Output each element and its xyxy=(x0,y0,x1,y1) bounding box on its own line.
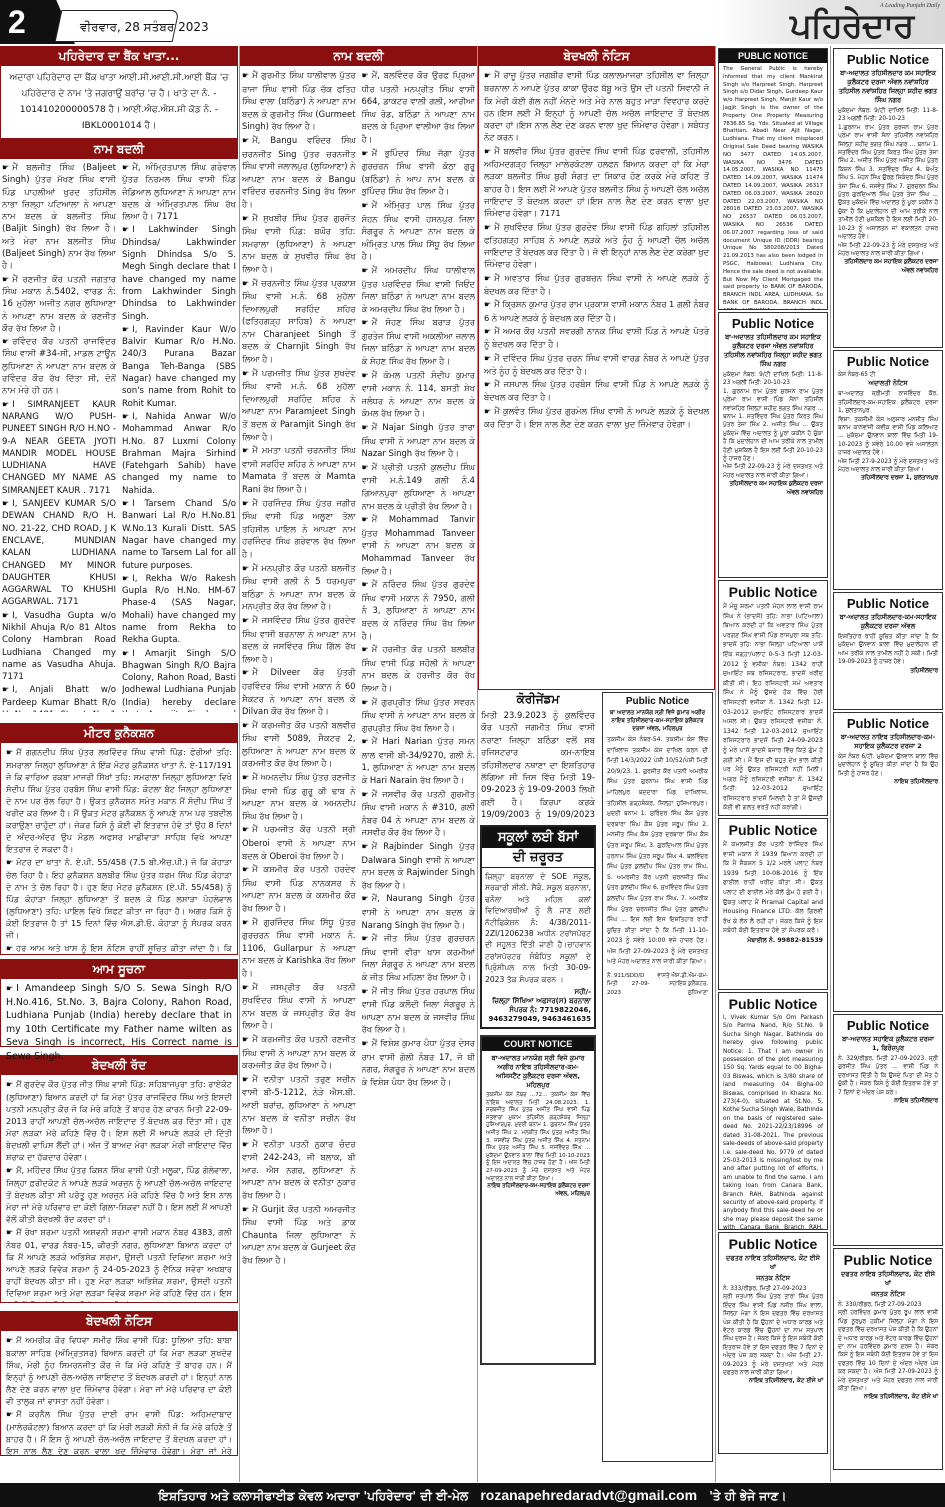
classified-item: ☛ਮੈਂ ਰਣਜੀਤ ਕੌਰ ਪਤਨੀ ਜਗਤਾਰ ਸਿੰਘ ਮਕਾਨ ਨੰ.5… xyxy=(2,274,116,335)
classified-item: ☛I Amarjit Singh S/O Bhagwan Singh R/O B… xyxy=(122,648,236,712)
public-notice-vivek-kumar: Public Notice I, Vivek Kumar S/o Om Park… xyxy=(718,992,828,1230)
pointing-hand-icon: ☛ xyxy=(2,611,9,620)
pointing-hand-icon: ☛ xyxy=(242,918,249,927)
classified-item: ☛ਮੈਂ ਬਲਵੀਰ ਸਿੰਘ ਪੁੱਤਰ ਗੁਰਦੇਵ ਸਿੰਘ ਵਾਸੀ ਪ… xyxy=(484,145,709,220)
notice-sign: ਤਹਿਸੀਲਦਾਰ ਦਰਜਾ 1, ਸੁਲਤਾਨਪੁਰ xyxy=(838,474,938,482)
pointing-hand-icon: ☛ xyxy=(242,1205,249,1214)
classified-item: ☛ਮੈਂ ਵਨੀਤਾ ਪਤਨੀ ਤਰੁਣ ਸਚੀਨ ਵਾਸੀ ਬੀ-5-1212… xyxy=(242,1073,356,1137)
public-notice-kot-ise-khan-2: Public Notice ਦਫਤਰ ਨਾਇਬ ਤਹਿਸੀਲਦਾਰ, ਕੋਟ ਈ… xyxy=(833,1248,943,1470)
classified-item: ☛ਮੈਂ, ਮਹਿੰਦਰ ਸਿੰਘ ਪੁੱਤਰ ਕਿਸ਼ਨ ਸਿੰਘ ਵਾਸੀ … xyxy=(6,1164,232,1225)
notice-body: ਸ੍ਰੀ ਸਤਪਾਲ ਸਿੰਘ ਪੁੱਤਰ ਤਾਰਾ ਸਿੰਘ ਪੁੱਤਰ ਇੰ… xyxy=(723,1293,823,1377)
pointing-hand-icon: ☛ xyxy=(242,564,249,573)
notice-body: 1.ਗੁਰਨਾਮ ਰਾਮ ਪੁੱਤਰ ਸੁਰਜਨ ਰਾਮ ਪੁੱਤਰ ਪ੍ਰੇਮ… xyxy=(838,124,938,242)
classified-item: ☛ਮੈਂ, ਅੰਮ੍ਰਿਤਪਾਲ ਸਿੰਘ ਗਰੇਵਾਲ ਪੁੱਤਰ ਨਿਰਮਲ… xyxy=(122,162,236,223)
public-notice-nawanshahr: Public Notice ਬਾ-ਅਦਾਲਤ ਤਹਿਸੀਲਦਾਰ ਕਮ ਸਹਾਇ… xyxy=(718,312,828,578)
classified-item: ☛ਮੈਂ Rajbinder Singh ਪੁੱਤਰ Dalwara Singh… xyxy=(362,840,476,891)
public-notice-date: ਮਿਤੀ 27-09-2023 xyxy=(607,980,650,997)
court-notice-body: ਤਕਸੀਮ ਕੇਸ ਨੰਬਰ ...72... ਤਕਸੀਮ ਕੇਸ ਵਿੱਚ ਨ… xyxy=(486,1092,590,1183)
pointing-hand-icon: ☛ xyxy=(122,163,129,172)
pointing-hand-icon: ☛ xyxy=(6,1166,13,1175)
notice-body: ਨੰ. 329/ਰੀਡਰ, ਮਿਤੀ 27-09-2023. ਸ੍ਰੀ ਗੁਰਜ… xyxy=(838,1055,938,1097)
pointing-hand-icon: ☛ xyxy=(362,698,369,707)
school-bus-ad: ਸਕੂਲਾਂ ਲਈ ਬੱਸਾਂ ਦੀ ਜ਼ਰੂਰਤ ਜ਼ਿਲ੍ਹਾ ਬਰਨਾਲਾ… xyxy=(480,825,596,1029)
eviction-notice-banner: ਬੇਦਖਲੀ ਨੋਟਿਸ xyxy=(478,46,715,66)
name-change-right-column: ☛ਮੈਂ, ਬਲਵਿੰਦਰ ਕੌਰ ਉਰਫ ਪ੍ਰਿਆ ਧੀਰ ਪਤਨੀ ਮਨਪ… xyxy=(362,69,476,1479)
classified-item: ☛ਮੈਂ Dilveer ਕੌਰ ਪੁੱਤਰੀ ਹਰਵਿੰਦਰ ਸਿੰਘ ਵਾਸ… xyxy=(242,666,356,717)
pointing-hand-icon: ☛ xyxy=(362,580,369,589)
classified-item: ☛ਮੈਂ ਅੰਮ੍ਰਿਤ ਪਾਲ ਸਿੰਘ ਪੁੱਤਰ ਸੋਹਨ ਸਿੰਘ ਵਾ… xyxy=(362,199,476,263)
classified-item: ☛I, Rekha W/o Rakesh Gupla R/o H.No. HM-… xyxy=(122,573,236,647)
pointing-hand-icon: ☛ xyxy=(484,300,491,309)
lower-row: ਕੋਰੀਜੇਂਡਮ ਮਿਤੀ 23.9.2023 ਨੂੰ ਕੁਲਵਿੰਦਰ ਕੌ… xyxy=(478,690,715,1464)
classified-item: ☛I, Anjali Bhatt w/o Pardeep Kumar Bhatt… xyxy=(2,684,116,712)
issue-date: ਵੀਰਵਾਰ, 28 ਸਤੰਬਰ 2023 xyxy=(80,20,209,35)
classified-item: ☛ਮੈਂ ਅਮਨਦੀਪ ਸਿੰਘ ਪੁੱਤਰ ਰਣਜੀਤ ਸਿੰਘ ਵਾਸੀ ਪ… xyxy=(242,771,356,822)
name-change-section: ☛ਮੈਂ ਗੁਰਮੀਤ ਸਿੰਘ ਧਾਲੀਵਾਲ ਪੁੱਤਰ ਰਾਜਾ ਸਿੰਘ… xyxy=(240,66,477,1482)
pointing-hand-icon: ☛ xyxy=(122,325,129,334)
pointing-hand-icon: ☛ xyxy=(484,147,491,156)
pointing-hand-icon: ☛ xyxy=(122,412,129,421)
public-notice-3: Public Notice ਬਾ-ਅਦਾਲਤ ਤਹਿਸੀਲਦਾਰ-ਕਮ-ਸਹਾਇ… xyxy=(833,592,943,710)
pointing-hand-icon: ☛ xyxy=(362,1039,369,1048)
page-header: 2 ਵੀਰਵਾਰ, 28 ਸਤੰਬਰ 2023 ਪਹਿਰੇਦਾਰ A Leadi… xyxy=(0,0,945,44)
public-notice-title: Public Notice xyxy=(607,696,708,707)
meter-connection-banner: ਮੀਟਰ ਕੁਨੈਕਸ਼ਨ xyxy=(0,723,238,743)
court-notice-title: COURT NOTICE xyxy=(482,1037,594,1051)
notice-heading: ਬਾ-ਅਦਾਲਤ ਤਹਿਸੀਲਦਾਰ ਕਮ ਸਹਾਇਕ ਕੁਲੈਕਟਰ ਦਰਜਾ… xyxy=(838,69,938,105)
pointing-hand-icon: ☛ xyxy=(484,223,491,232)
general-info-banner: ਆਮ ਸੂਚਨਾ xyxy=(0,959,238,979)
notice-sign: ਨਾਇਬ ਤਹਿਸੀਲਦਾਰ xyxy=(838,778,938,786)
pointing-hand-icon: ☛ xyxy=(6,1228,13,1237)
classified-item: ☛ਮੈਂ ਜਸਪ੍ਰੀਤ ਕੌਰ ਪਤਨੀ ਸੁਖਵਿੰਦਰ ਸਿੰਘ ਵਾਸੀ… xyxy=(242,981,356,1032)
notice-sign: ਤਹਿਸੀਲਦਾਰ ਕਮ ਸਹਾਇਕ ਕੁਲੈਕਟਰ ਦਰਜਾ ਅੱਵਲ ਨਵਾ… xyxy=(838,258,938,275)
pointing-hand-icon: ☛ xyxy=(484,274,491,283)
classified-item: ☛ਮੈਂ ਕ੍ਰਿਸ਼ਨ ਕੁਮਾਰ ਪੁੱਤਰ ਰਾਮ ਪ੍ਰਕਾਸ਼ ਵਾਸ… xyxy=(484,298,709,324)
footer-email-link[interactable]: rozanapehredaradvt@gmail.com xyxy=(480,1487,697,1503)
notice-body: ਮੈਂ ਕਮਲਜੀਤ ਕੌਰ ਪਤਨੀ ਰਾਜਿੰਦਰ ਸਿੰਘ ਵਾਸੀ ਮਕ… xyxy=(723,840,823,936)
public-notice-ferozepur: Public Notice ਬਾ-ਅਦਾਲਤ ਸਹਾਇਕ ਕੁਲੈਕਟਰ ਦਰਜ… xyxy=(833,1014,943,1246)
notice-subheading: ਜਨਤਕ ਨੋਟਿਸ xyxy=(838,1290,938,1299)
pointing-hand-icon: ☛ xyxy=(2,685,9,694)
classified-item: ☛ਮੈਂ ਗੁਰਪ੍ਰੀਤ ਸਿੰਘ ਪੁੱਤਰ ਸਵਰਨ ਸਿੰਘ ਵਾਸੀ … xyxy=(362,696,476,735)
pointing-hand-icon: ☛ xyxy=(2,499,9,508)
masthead-logo: ਪਹਿਰੇਦਾਰ xyxy=(790,6,913,46)
pointing-hand-icon: ☛ xyxy=(362,842,369,851)
pointing-hand-icon: ☛ xyxy=(242,499,249,508)
classified-item: ☛ਮੈਂ ਰਾਜੂ ਪੁੱਤਰ ਜਗਬੀਰ ਵਾਸੀ ਪਿੰਡ ਕਲਾਲਮਾਜਰ… xyxy=(484,69,709,144)
pointing-hand-icon: ☛ xyxy=(362,423,369,432)
pointing-hand-icon: ☛ xyxy=(6,748,13,757)
pointing-hand-icon: ☛ xyxy=(6,984,13,993)
classified-item: ☛I, SANJEEV KUMAR S/O DEWAN CHAND R/O H.… xyxy=(2,498,116,609)
pointing-hand-icon: ☛ xyxy=(362,894,369,903)
eviction-notice-banner: ਬੇਦਖਲੀ ਨੋਟਿਸ xyxy=(0,1311,238,1331)
pointing-hand-icon: ☛ xyxy=(122,649,129,658)
classified-item: ☛ਮੈਂ ਵਨੀਤਾ ਪਤਨੀ ਨੁਕਾਰ ਚੰਦਰ ਵਾਸੀ 242-243,… xyxy=(242,1138,356,1202)
pointing-hand-icon: ☛ xyxy=(362,987,369,996)
classified-item: ☛ਮੈਂ ਰੇਖਾ ਸ਼ਰਮਾ ਪਤਨੀ ਅਸ਼ਵਨੀ ਸ਼ਰਮਾ ਵਾਸੀ ਮ… xyxy=(6,1226,232,1303)
notice-title: Public Notice xyxy=(838,716,938,731)
classified-item: ☛ਮੈਂ ਮਨਪ੍ਰੀਤ ਕੌਰ ਪਤਨੀ ਬਲਜੀਤ ਸਿੰਘ ਵਾਸੀ ਗਲ… xyxy=(242,562,356,613)
pointing-hand-icon: ☛ xyxy=(242,369,249,378)
pointing-hand-icon: ☛ xyxy=(242,446,249,455)
name-change-banner: ਨਾਮ ਬਦਲੀ xyxy=(240,46,477,66)
pointing-hand-icon: ☛ xyxy=(6,858,13,867)
notice-body: I, Vivek Kumar S/o Om Parkash S/o Parma … xyxy=(723,1014,823,1230)
pointing-hand-icon: ☛ xyxy=(362,266,369,275)
pointing-hand-icon: ☛ xyxy=(362,318,369,327)
notice-subheading: ਅਦਾਲਤੀ ਨੋਟਿਸ xyxy=(838,379,938,388)
notice-ref: ਨੰ. 330/ਰੀਡਰ, ਮਿਤੀ 27-09-2023 xyxy=(838,1301,938,1309)
footer-text: ਇਸ਼ਤਿਹਾਰ ਅਤੇ ਕਲਾਸੀਫਾਈਡ ਕੇਵਲ ਅਦਾਰਾ 'ਪਹਿਰੇ… xyxy=(159,1489,469,1503)
notice-body: 1. ਗੁਰਨਾਮ ਰਾਮ ਪੁੱਤਰ ਸੁਰਜਨ ਰਾਮ ਪੁੱਤਰ ਪ੍ਰੇ… xyxy=(723,388,823,464)
classified-item: ☛ਮੈਂ ਪਰਮਜੀਤ ਸਿੰਘ ਪੁੱਤਰ ਸੁਖਦੇਵ ਸਿੰਘ ਵਾਸੀ … xyxy=(242,367,356,444)
pointing-hand-icon: ☛ xyxy=(362,149,369,158)
classified-item: ☛ਮੈਂ ਕੋਮਲ ਪਤਨੀ ਸੰਦੀਪ ਕੁਮਾਰ ਵਾਸੀ ਮਕਾਨ ਨੰ.… xyxy=(362,369,476,420)
classified-item: ☛I, Vasudha Gupta w/o Nikhil Ahuja R/o 8… xyxy=(2,610,116,684)
classified-item: ☛ਮੈਂ Mohammad Tanvir ਪੁੱਤਰ Mohammad Tanv… xyxy=(362,513,476,577)
pointing-hand-icon: ☛ xyxy=(484,354,491,363)
classified-item: ☛ਮੈਂ, Bangu ਵਰਿੰਦਰ ਸਿੰਘ ਚਰਨਜੀਤ Sing ਪੁੱਤ… xyxy=(242,134,356,211)
eviction-notice-section: ☛ਮੈਂ ਰਾਜੂ ਪੁੱਤਰ ਜਗਬੀਰ ਵਾਸੀ ਪਿੰਡ ਕਲਾਲਮਾਜਰ… xyxy=(478,66,715,690)
classified-item: ☛ਮੈਂ ਪਰਮਜੀਤ ਕੌਰ ਪਤਨੀ ਸ਼੍ਰੀ Oberoi ਵਾਸੀ ਨ… xyxy=(242,823,356,862)
public-notice-footer: ਨੰ. 911/SDD/Dਮਿਤੀ 27-09-2023 ਵਾਸਤੇ ਐਸ.ਡੀ… xyxy=(607,972,708,997)
classified-item: ☛ਰਵਿੰਦਰ ਕੌਰ ਪਤਨੀ ਰਾਜਵਿੰਦਰ ਸਿੰਘ ਵਾਸੀ #34-… xyxy=(2,336,116,397)
notice-heading: ਬਾ-ਅਦਾਲਤ ਨਾਇਬ ਤਹਿਸੀਲਦਾਰ-ਕਮ-ਸਹਾਇਕ ਕੁਲੈਕਟਰ… xyxy=(838,733,938,751)
classified-item: ☛ਮੈਂ, Naurang Singh ਪੁੱਤਰ ਵਾਸੀ ਨੇ ਆਪਣਾ ਨ… xyxy=(362,892,476,931)
classified-item: ☛I Lakhwinder Singh Dhindsa/ Lakhwinder … xyxy=(122,224,236,322)
classified-item: ☛ਮੈਂ ਹਰਜਿੰਦਰ ਸਿੰਘ ਪੁੱਤਰ ਜਗੀਰ ਸਿੰਘ ਵਾਸੀ ਪ… xyxy=(242,497,356,561)
column-3: ਬੇਦਖਲੀ ਨੋਟਿਸ ☛ਮੈਂ ਰਾਜੂ ਪੁੱਤਰ ਜਗਬੀਰ ਵਾਸੀ … xyxy=(478,46,715,1482)
pointing-hand-icon: ☛ xyxy=(362,737,369,746)
classified-item: ☛ਮੈਂ ਗੁਰਮੀਤ ਸਿੰਘ ਧਾਲੀਵਾਲ ਪੁੱਤਰ ਰਾਜਾ ਸਿੰਘ… xyxy=(242,69,356,133)
notice-sign: ਨਾਇਬ ਤਹਿਸੀਲਦਾਰ xyxy=(838,1097,938,1105)
classified-item: ☛ਮੈਂ Gurjit ਕੌਰ ਪਤਨੀ ਅਮਰਜੀਤ ਸਿੰਘ ਵਾਸੀ ਪਿ… xyxy=(242,1203,356,1267)
classified-item: ☛ਮੈਂ ਭੁਪਿੰਦਰ ਸਿੰਘ ਜੱਗਾ ਪੁੱਤਰ ਗੁਰਚਰਨ ਸਿੰਘ… xyxy=(362,147,476,198)
corrigendum-title: ਕੋਰੀਜੇਂਡਮ xyxy=(478,690,598,709)
notice-heading: ਬਾ-ਅਦਾਲਤ ਸ੍ਰੀਮਤੀ ਰਾਜਵਿੰਦਰ ਕੌਰ, ਤਹਿਸੀਲਦਾਰ… xyxy=(838,390,938,415)
classified-item: ☛ਮੈਂ ਚਰਨਜੀਤ ਸਿੰਘ ਪੁੱਤਰ ਪ੍ਰਕਾਸ਼ ਸਿੰਘ ਵਾਸੀ… xyxy=(242,277,356,366)
pointing-hand-icon: ☛ xyxy=(6,1080,13,1089)
notice-title: Public Notice xyxy=(838,596,938,611)
notice-title: Public Notice xyxy=(723,584,823,600)
classified-item: ☛ਮੈਂ ਬਲਜੀਤ ਸਿੰਘ (Baljeet Singh) ਪੁੱਤਰ ਮੱ… xyxy=(2,162,116,273)
pointing-hand-icon: ☛ xyxy=(242,668,249,677)
public-notice-body: ਤਕਸੀਮ ਕੇਸ ਨੰਬਰ-54. ਤਕਸੀਮ ਕੇਸ ਵਿੱਚ ਦਾਖਿਲਾ… xyxy=(607,735,708,968)
notice-body: ਕੇਸ ਨੰਬਰ 6/ਟੀ. ਮੁਕੱਦਮਾ ਉਨਵਾਨ ਬਾਲਾ ਵਿੱਚ ਮ… xyxy=(838,753,938,778)
public-notice-nawanshahr-court: Public Notice ਬਾ-ਅਦਾਲਤ ਤਹਿਸੀਲਦਾਰ ਕਮ ਸਹਾਇ… xyxy=(833,48,943,348)
notice-sign: ਨਾਇਬ ਤਹਿਸੀਲਦਾਰ, ਕੋਟ ਈਸੇ ਖਾਂ xyxy=(723,1377,823,1385)
pointing-hand-icon: ☛ xyxy=(2,337,9,346)
classified-item: ☛ਮੈਂ ਗਗਨਦੀਪ ਸਿੰਘ ਪੁੱਤਰ ਲਖਵਿੰਦਰ ਸਿੰਘ ਵਾਸੀ… xyxy=(6,746,232,855)
notice-meta: ਮੁਕੱਦਮਾ ਨੰਬਰ: 9/ਟੀ ਦਾਖਿਲ ਮਿਤੀ: 11-8-23 ਅ… xyxy=(838,107,938,124)
classified-item: ☛ਮੈਂ ਵਿਸ਼ੇਸ਼ ਕੁਮਾਰ ਪੰਧਾ ਪੁੱਤਰ ਦੇਸਰ ਰਾਮ ਵ… xyxy=(362,1037,476,1088)
classified-item: ☛ਮੈਂ ਅਵਤਾਰ ਸਿੰਘ ਪੁੱਤਰ ਗੁਰਬਚਨ ਸਿੰਘ ਵਾਸੀ ਨ… xyxy=(484,272,709,298)
notice-title: Public Notice xyxy=(723,996,823,1012)
public-notice-ref: ਨੰ. 911/SDD/D xyxy=(607,972,650,980)
public-notice-piramal: Public Notice ਮੈਂ ਕਮਲਜੀਤ ਕੌਰ ਪਤਨੀ ਰਾਜਿੰਦ… xyxy=(718,818,828,990)
name-change-left-column: ☛ਮੈਂ ਗੁਰਮੀਤ ਸਿੰਘ ਧਾਲੀਵਾਲ ਪੁੱਤਰ ਰਾਜਾ ਸਿੰਘ… xyxy=(242,69,356,1479)
name-change-section: ☛ਮੈਂ ਬਲਜੀਤ ਸਿੰਘ (Baljeet Singh) ਪੁੱਤਰ ਮੱ… xyxy=(0,159,238,715)
notice-heading: ਬਾ-ਅਦਾਲਤ ਸਹਾਇਕ ਕੁਲੈਕਟਰ ਦਰਜਾ 1, ਫਿਰੋਜ਼ਪੁਰ xyxy=(838,1035,938,1053)
classified-item: ☛ਮੈਂ ਸੁਖਵਿੰਦਰ ਸਿੰਘ ਪੁੱਤਰ ਗੁਰਦੇਵ ਸਿੰਘ ਵਾਸ… xyxy=(484,221,709,271)
footer-suffix: 'ਤੇ ਹੀ ਭੇਜੇ ਜਾਣ। xyxy=(709,1489,786,1503)
public-notice-heading: ਬਾ ਅਦਾਲਤ ਮਾਨਯੋਗ ਸ੍ਰੀ ਵਿਜੇ ਕੁਮਾਰ ਅਗੀਰ ਨਾਇ… xyxy=(607,709,708,733)
classified-item: ☛ਮੈਂ ਦਵਿੰਦਰ ਸਿੰਘ ਪੁੱਤਰ ਚਰਨ ਸਿੰਘ ਵਾਸੀ ਵਾਰ… xyxy=(484,352,709,378)
notice-ref: ਨੰ. 333/ਰੀਡਰ, ਮਿਤੀ 27-09-2023 xyxy=(723,1285,823,1293)
notice-title: Public Notice xyxy=(838,354,938,369)
notice-body: ਵਿਸ਼ਾ: ਤਕਸੀਮੀ ਕੇਸ ਅਨੁਸਾਰ ਮਨਜੀਤ ਸਿੰਘ ਬਨਾਮ… xyxy=(838,416,938,458)
classified-item: ☛ਮੈਂ ਹਰਜੀਤ ਕੌਰ ਪਤਨੀ ਬਲਬੀਰ ਸਿੰਘ ਵਾਸੀ ਪਿੰਡ… xyxy=(362,643,476,694)
eviction-notice-section: ☛ਮੈਂ ਅਮਰੀਕ ਕੌਰ ਵਿਧਵਾ ਸਮੀਰ ਸਿੰਘ ਵਾਸੀ ਪਿੰਡ… xyxy=(0,1331,238,1456)
classified-item: ☛I SIMRANJEET KAUR NARANG W/O PUSH-PUNEE… xyxy=(2,399,116,497)
notice-title: Public Notice xyxy=(838,52,938,67)
pointing-hand-icon: ☛ xyxy=(362,201,369,210)
pointing-hand-icon: ☛ xyxy=(362,515,369,524)
classified-item: ☛ਹਰ ਆਮ ਅਤੇ ਖਾਸ ਨੂੰ ਇਸ ਨੋਟਿਸ ਰਾਹੀਂ ਸੂਚਿਤ … xyxy=(6,942,232,955)
notice-heading: ਦਫਤਰ ਨਾਇਬ ਤਹਿਸੀਲਦਾਰ, ਕੋਟ ਈਸੇ ਖਾਂ xyxy=(723,1254,823,1272)
general-info-section: ☛I Amandeep Singh S/O S. Sewa Singh R/O … xyxy=(0,979,238,1047)
column-5: Public Notice ਬਾ-ਅਦਾਲਤ ਤਹਿਸੀਲਦਾਰ ਕਮ ਸਹਾਇ… xyxy=(831,46,945,1482)
pointing-hand-icon: ☛ xyxy=(242,983,249,992)
pointing-hand-icon: ☛ xyxy=(242,1035,249,1044)
notice-heading: ਦਫਤਰ ਨਾਇਬ ਤਹਿਸੀਲਦਾਰ, ਕੋਟ ਈਸੇ ਖਾਂ xyxy=(838,1270,938,1288)
pointing-hand-icon: ☛ xyxy=(362,645,369,654)
classified-item: ☛ਮੈਂ ਸੁਖਬੀਰ ਸਿੰਘ ਪੁੱਤਰ ਗੁਰਜੋਤ ਸਿੰਘ ਵਾਸੀ … xyxy=(242,212,356,276)
court-notice-heading: ਬਾ-ਅਦਾਲਤ ਮਾਨਯੋਗ ਸ੍ਰੀ ਵਿਜੇ ਕੁਮਾਰ ਅਗੀਰ ਨਾਇ… xyxy=(486,1054,590,1090)
name-change-banner: ਨਾਮ ਬਦਲੀ xyxy=(0,139,238,159)
pointing-hand-icon: ☛ xyxy=(242,721,249,730)
column-2: ਨਾਮ ਬਦਲੀ ☛ਮੈਂ ਗੁਰਮੀਤ ਸਿੰਘ ਧਾਲੀਵਾਲ ਪੁੱਤਰ … xyxy=(240,46,477,1482)
classified-item: ☛I, Nahida Anwar W/o Mohammad Anwar R/o … xyxy=(122,411,236,497)
pointing-hand-icon: ☛ xyxy=(484,71,491,80)
pointing-hand-icon: ☛ xyxy=(484,380,491,389)
notice-title: Public Notice xyxy=(838,1018,938,1033)
classified-item: ☛I Tarsem Chand S/o Banwari Lal R/o H.No… xyxy=(122,498,236,572)
column-1: ਪਹਿਰੇਦਾਰ ਦਾ ਬੈਂਕ ਖਾਤਾ... ਅਦਾਰਾ ਪਹਿਰੇਦਾਰ … xyxy=(0,46,238,1482)
pointing-hand-icon: ☛ xyxy=(362,790,369,799)
notice-subheading: ਜਨਤਕ ਨੋਟਿਸ xyxy=(723,1274,823,1283)
bank-account-banner: ਪਹਿਰੇਦਾਰ ਦਾ ਬੈਂਕ ਖਾਤਾ... xyxy=(0,46,238,66)
classified-item: ☛ਮੈਂ ਗੁਰਦੇਵ ਕੌਰ ਪੁੱਤਰ ਜੀਤ ਸਿੰਘ ਵਾਸੀ ਪਿੰਡ… xyxy=(6,1078,232,1163)
pointing-hand-icon: ☛ xyxy=(362,71,369,80)
pointing-hand-icon: ☛ xyxy=(242,214,249,223)
classified-item: ☛ਮੈਂ ਕਰਨੈਲ ਸਿੰਘ ਪੁੱਤਰ ਦਾਈ ਰਾਮ ਵਾਸੀ ਪਿੰਡ:… xyxy=(6,1408,232,1456)
classified-item: ☛ਮੈਂ ਕਰਮਜੀਤ ਕੌਰ ਪਤਨੀ ਬਲਵੀਰ ਸਿੰਘ ਵਾਸੀ 508… xyxy=(242,719,356,770)
notice-title: Public Notice xyxy=(838,1252,938,1268)
footer-strip: ਇਸ਼ਤਿਹਾਰ ਅਤੇ ਕਲਾਸੀਫਾਈਡ ਕੇਵਲ ਅਦਾਰਾ 'ਪਹਿਰੇ… xyxy=(0,1483,945,1507)
pointing-hand-icon: ☛ xyxy=(484,327,491,336)
notice-title: Public Notice xyxy=(723,316,823,331)
bus-ad-phones: ਸੰਪਰਕ ਨੰ: 7719822046, 9463279049, 946346… xyxy=(482,1006,594,1027)
name-change-left-column: ☛ਮੈਂ ਬਲਜੀਤ ਸਿੰਘ (Baljeet Singh) ਪੁੱਤਰ ਮੱ… xyxy=(2,162,116,712)
notice-heading: ਬਾ-ਅਦਾਲਤ ਤਹਿਸੀਲਦਾਰ ਕਮ ਸਹਾਇਕ ਕੁਲੈਕਟਰ ਦਰਜਾ… xyxy=(723,333,823,369)
pointing-hand-icon: ☛ xyxy=(122,225,129,234)
pointing-hand-icon: ☛ xyxy=(122,499,129,508)
classified-item: ☛ਮੈਂ ਕਸ਼ਮੀਰ ਕੌਰ ਪਤਨੀ ਹਰਦੇਵ ਸਿੰਘ ਵਾਸੀ ਪਿੰ… xyxy=(242,863,356,914)
classified-item: ☛ਮੈਂ ਅਮਰਦੀਪ ਸਿੰਘ ਧਾਲੀਵਾਲ ਪੁੱਤਰ ਪਰਵਿੰਦਰ ਸ… xyxy=(362,264,476,315)
pointing-hand-icon: ☛ xyxy=(2,400,9,409)
pointing-hand-icon: ☛ xyxy=(2,163,9,172)
bus-ad-office: ਜ਼ਿਲ੍ਹਾ ਸਿੱਖਿਆ ਅਫਸਰ(ਸ) ਬਰਨਾਲਾ xyxy=(482,997,594,1006)
notice-body: ਇਸ਼ਤਿਹਾਰ ਰਾਹੀਂ ਸੂਚਿਤ ਕੀਤਾ ਜਾਂਦਾ ਹੈ ਕਿ ਮੁ… xyxy=(838,633,938,667)
classified-item: ☛I Amandeep Singh S/O S. Sewa Singh R/O … xyxy=(6,982,232,1063)
bus-ad-body: ਜ਼ਿਲ੍ਹਾ ਬਰਨਾਲਾ ਦੇ SOE ਸਕੂਲ, ਸਰਕਾਰੀ ਸੀਨੀ.… xyxy=(482,868,594,988)
pointing-hand-icon: ☛ xyxy=(242,1140,249,1149)
pointing-hand-icon: ☛ xyxy=(362,934,369,943)
pointing-hand-icon: ☛ xyxy=(484,407,491,416)
notice-body: ਮੈਂ ਮੰਜੂ ਸ਼ਰਮਾ ਪਤਨੀ ਮੋਹਨ ਲਾਲ ਵਾਸੀ ਰਾਮ ਸਿ… xyxy=(723,602,823,813)
public-notice-manju-sharma: Public Notice ਮੈਂ ਮੰਜੂ ਸ਼ਰਮਾ ਪਤਨੀ ਮੋਹਨ ਲ… xyxy=(718,580,828,816)
pointing-hand-icon: ☛ xyxy=(122,574,129,583)
bank-account-text: ਅਦਾਰਾ ਪਹਿਰੇਦਾਰ ਦਾ ਬੈਂਕ ਖਾਤਾ ਆਈ.ਸੀ.ਆਈ.ਸੀ.… xyxy=(0,66,238,139)
classified-item: ☛I, Ravinder Kaur W/o Balvir Kumar R/o H… xyxy=(122,324,236,410)
classified-item: ☛ਮੈਂ ਗੁਰਜਿੰਦਰ ਸਿੰਘ ਸਿੱਧੂ ਪੁੱਤਰ ਗੁਰਚਰਨ ਸਿ… xyxy=(242,916,356,980)
notice-sign: ਤਹਿਸੀਲਦਾਰ ਕਮ ਸਹਾਇਕ ਕੁਲੈਕਟਰ ਦਰਜਾ ਅੱਵਲ ਨਵਾ… xyxy=(723,480,823,497)
corrigendum-text: ਮਿਤੀ 23.9.2023 ਨੂੰ ਕੁਲਵਿੰਦਰ ਕੌਰ ਪਤਨੀ ਜਗਮ… xyxy=(478,709,598,819)
classified-item: ☛ਮੈਂ Hari Narian ਪੁੱਤਰ ਸਮਨ ਲਾਲ ਵਾਸੀ ਬੀ-3… xyxy=(362,735,476,786)
notice-title: Public Notice xyxy=(723,1236,823,1252)
classified-item: ☛ਮੈਂ ਅਮਰੀਕ ਕੌਰ ਵਿਧਵਾ ਸਮੀਰ ਸਿੰਘ ਵਾਸੀ ਪਿੰਡ… xyxy=(6,1334,232,1407)
notice-date: ਅੱਜ ਮਿਤੀ 22-09-23 ਨੂੰ ਮੇਰੇ ਦਸਤਖਤ ਅਤੇ ਮੋਹ… xyxy=(723,463,823,480)
bus-ad-sign: ਸਹੀ/- xyxy=(482,988,594,997)
classified-item: ☛ਮੈਂ ਜੀਤ ਸਿੰਘ ਪੁੱਤਰ ਹਰਪਾਲ ਸਿੰਘ ਵਾਸੀ ਪਿੰਡ… xyxy=(362,985,476,1036)
pointing-hand-icon: ☛ xyxy=(242,279,249,288)
pointing-hand-icon: ☛ xyxy=(362,371,369,380)
pointing-hand-icon: ☛ xyxy=(242,773,249,782)
classified-item: ☛ਮੈਂ ਜੀਤ ਸਿੰਘ ਪੁੱਤਰ ਗੁਰਚਰਨ ਸਿੰਘ ਵਾਸੀ ਵੀਰ… xyxy=(362,932,476,983)
notice-ref: ਕੇਸ ਨੰਬਰ-65 ਟੀ xyxy=(838,371,938,379)
left-stack: ਕੋਰੀਜੇਂਡਮ ਮਿਤੀ 23.9.2023 ਨੂੰ ਕੁਲਵਿੰਦਰ ਕੌ… xyxy=(478,690,598,1464)
public-notice-bank-of-baroda: PUBLIC NOTICE The General Public is here… xyxy=(718,48,828,310)
classified-item: ☛ਮੈਂ ਕੁਲਵੰਤ ਸਿੰਘ ਪੁੱਤਰ ਗੁਰਮੇਲ ਸਿੰਘ ਵਾਸੀ … xyxy=(484,405,709,431)
bus-ad-title: ਸਕੂਲਾਂ ਲਈ ਬੱਸਾਂ xyxy=(482,827,594,848)
classified-item: ☛ਮੈਂ, ਬਲਵਿੰਦਰ ਕੌਰ ਉਰਫ ਪ੍ਰਿਆ ਧੀਰ ਪਤਨੀ ਮਨਪ… xyxy=(362,69,476,146)
pointing-hand-icon: ☛ xyxy=(242,616,249,625)
public-notice-court: Public Notice ਬਾ ਅਦਾਲਤ ਮਾਨਯੋਗ ਸ੍ਰੀ ਵਿਜੇ … xyxy=(602,692,713,1462)
meter-connection-section: ☛ਮੈਂ ਗਗਨਦੀਪ ਸਿੰਘ ਪੁੱਤਰ ਲਖਵਿੰਦਰ ਸਿੰਘ ਵਾਸੀ… xyxy=(0,743,238,955)
classified-item: ☛ਮੈਂ ਜਸਵੀਰ ਕੌਰ ਪਤਨੀ ਗੁਰਮੀਤ ਸਿੰਘ ਵਾਸੀ ਮਕਾ… xyxy=(362,788,476,839)
classified-item: ☛ਮੈਂ ਮਮਤਾ ਪਤਨੀ ਚਰਨਜੀਤ ਸਿੰਘ ਵਾਸੀ ਸਰਹਿੰਦ ਸ… xyxy=(242,444,356,495)
pointing-hand-icon: ☛ xyxy=(242,1075,249,1084)
notice-title: Public Notice xyxy=(723,822,823,838)
classified-item: ☛ਮੈਂ ਜਸਵਿੰਦਰ ਸਿੰਘ ਪੁੱਤਰ ਗੁਰਦੇਵ ਸਿੰਘ ਵਾਸੀ… xyxy=(242,614,356,665)
name-change-right-column: ☛ਮੈਂ, ਅੰਮ੍ਰਿਤਪਾਲ ਸਿੰਘ ਗਰੇਵਾਲ ਪੁੱਤਰ ਨਿਰਮਲ… xyxy=(122,162,236,712)
court-notice-sign: ਨਾਇਬ ਤਹਿਸੀਲਦਾਰ-ਕਮ-ਸਹਾਇਕ ਕੁਲੈਕਟਰ ਦਰਜਾ ਅੱਵ… xyxy=(486,1183,590,1198)
notice-sign: ਨਾਇਬ ਤਹਿਸੀਲਦਾਰ, ਕੋਟ ਈਸੇ ਖਾਂ xyxy=(838,1393,938,1401)
classified-item: ☛ਮੈਂ ਕਰਮਜੀਤ ਕੌਰ ਪਤਨੀ ਰਣਜੀਤ ਸਿੰਘ ਵਾਸੀ ਨੇ … xyxy=(242,1033,356,1072)
pointing-hand-icon: ☛ xyxy=(362,463,369,472)
pointing-hand-icon: ☛ xyxy=(242,136,249,145)
classified-item: ☛ਮੈਂ ਅਮਰ ਕੌਰ ਪਤਨੀ ਸਵਰਗੀ ਨਾਨਕ ਸਿੰਘ ਵਾਸੀ ਪ… xyxy=(484,325,709,351)
classified-item: ☛ਮੋਟਰ ਦਾ ਖਾਤਾ ਨੰ. ਏ.ਪੀ. 55/458 (7.5 ਬੀ.ਐ… xyxy=(6,856,232,941)
public-notice-4: Public Notice ਬਾ-ਅਦਾਲਤ ਨਾਇਬ ਤਹਿਸੀਲਦਾਰ-ਕਮ… xyxy=(833,712,943,1012)
classified-item: ☛ਮੈਂ ਪ੍ਰੀਤੀ ਪਤਨੀ ਕੁਲਦੀਪ ਸਿੰਘ ਵਾਸੀ ਮ.ਨੰ.1… xyxy=(362,461,476,512)
public-notice-kot-ise-khan: Public Notice ਦਫਤਰ ਨਾਇਬ ਤਹਿਸੀਲਦਾਰ, ਕੋਟ ਈ… xyxy=(718,1232,828,1454)
bus-ad-subtitle: ਦੀ ਜ਼ਰੂਰਤ xyxy=(482,848,594,868)
column-4: PUBLIC NOTICE The General Public is here… xyxy=(716,46,830,1482)
pointing-hand-icon: ☛ xyxy=(6,1410,13,1419)
pointing-hand-icon: ☛ xyxy=(242,865,249,874)
pointing-hand-icon: ☛ xyxy=(242,825,249,834)
notice-sign: ਮੋਬਾਈਲ ਨੰ. 99882-81539 xyxy=(723,936,823,946)
notice-date: ਅੱਜ ਮਿਤੀ 27-9-2023 ਨੂੰ ਮੇਰੇ ਦਸਤਖਤ ਅਤੇ ਮੋ… xyxy=(838,458,938,475)
pointing-hand-icon: ☛ xyxy=(2,275,9,284)
pointing-hand-icon: ☛ xyxy=(242,71,249,80)
classified-item: ☛ਮੈਂ ਸੋਹਣ ਸਿੰਘ ਬਰਾੜ ਪੁੱਤਰ ਗੁਰਤੇਜ ਸਿੰਘ ਵਾ… xyxy=(362,316,476,367)
notice-title: PUBLIC NOTICE xyxy=(719,49,827,63)
notice-heading: ਬਾ-ਅਦਾਲਤ ਤਹਿਸੀਲਦਾਰ-ਕਮ-ਸਹਾਇਕ ਕੁਲੈਕਟਰ ਦਰਜਾ… xyxy=(838,613,938,631)
pointing-hand-icon: ☛ xyxy=(6,1336,13,1345)
notice-body: ਸ੍ਰੀ ਹਰਵਿੰਦਰ ਕੁਮਾਰ ਪੁੱਤਰ ਰੂਪ ਲਾਲ ਵਾਸੀ ਪਿ… xyxy=(838,1309,938,1393)
public-notice-sultanpur: Public Notice ਕੇਸ ਨੰਬਰ-65 ਟੀ ਅਦਾਲਤੀ ਨੋਟਿ… xyxy=(833,350,943,590)
notice-date: ਅੱਜ ਮਿਤੀ 22-09-23 ਨੂੰ ਮੇਰੇ ਦਸਤਖਤ ਅਤੇ ਮੋਹ… xyxy=(838,242,938,259)
classified-item: ☛ਮੈਂ Najar Singh ਪੁੱਤਰ ਤਾਰਾ ਸਿੰਘ ਵਾਸੀ ਨੇ… xyxy=(362,421,476,460)
notice-sign: ਤਹਿਸੀਲਦਾਰ xyxy=(838,667,938,675)
public-notice-sign: ਵਾਸਤੇ ਐਸ.ਡੀ.ਐਮ-ਕਮ-ਸਹਾਇਕ ਕੁਲੈਕਟਰ, ਲੁਧਿਆਣਾ xyxy=(650,972,708,997)
classified-item: ☛ਮੈਂ ਜਸਪਾਲ ਸਿੰਘ ਪੁੱਤਰ ਹਰਬੰਸ ਸਿੰਘ ਵਾਸੀ ਪਿ… xyxy=(484,378,709,404)
court-notice: COURT NOTICE ਬਾ-ਅਦਾਲਤ ਮਾਨਯੋਗ ਸ੍ਰੀ ਵਿਜੇ ਕ… xyxy=(480,1035,596,1365)
eviction-cancel-section: ☛ਮੈਂ ਗੁਰਦੇਵ ਕੌਰ ਪੁੱਤਰ ਜੀਤ ਸਿੰਘ ਵਾਸੀ ਪਿੰਡ… xyxy=(0,1075,238,1303)
masthead-tagline: A Leading Punjabi Daily xyxy=(880,3,940,9)
notice-body: The General Public is hereby informed th… xyxy=(723,66,823,310)
classified-item: ☛ਮੈਂ ਨਰਿੰਦਰ ਸਿੰਘ ਪੁੱਤਰ ਗੁਰਦੇਵ ਸਿੰਘ ਵਾਸੀ … xyxy=(362,578,476,642)
notice-meta: ਮੁਕੱਦਮਾ ਨੰਬਰ: 9/ਟੀ ਦਾਖਿਲ ਮਿਤੀ: 11-8-23 ਅ… xyxy=(723,371,823,388)
pointing-hand-icon: ☛ xyxy=(6,944,13,953)
